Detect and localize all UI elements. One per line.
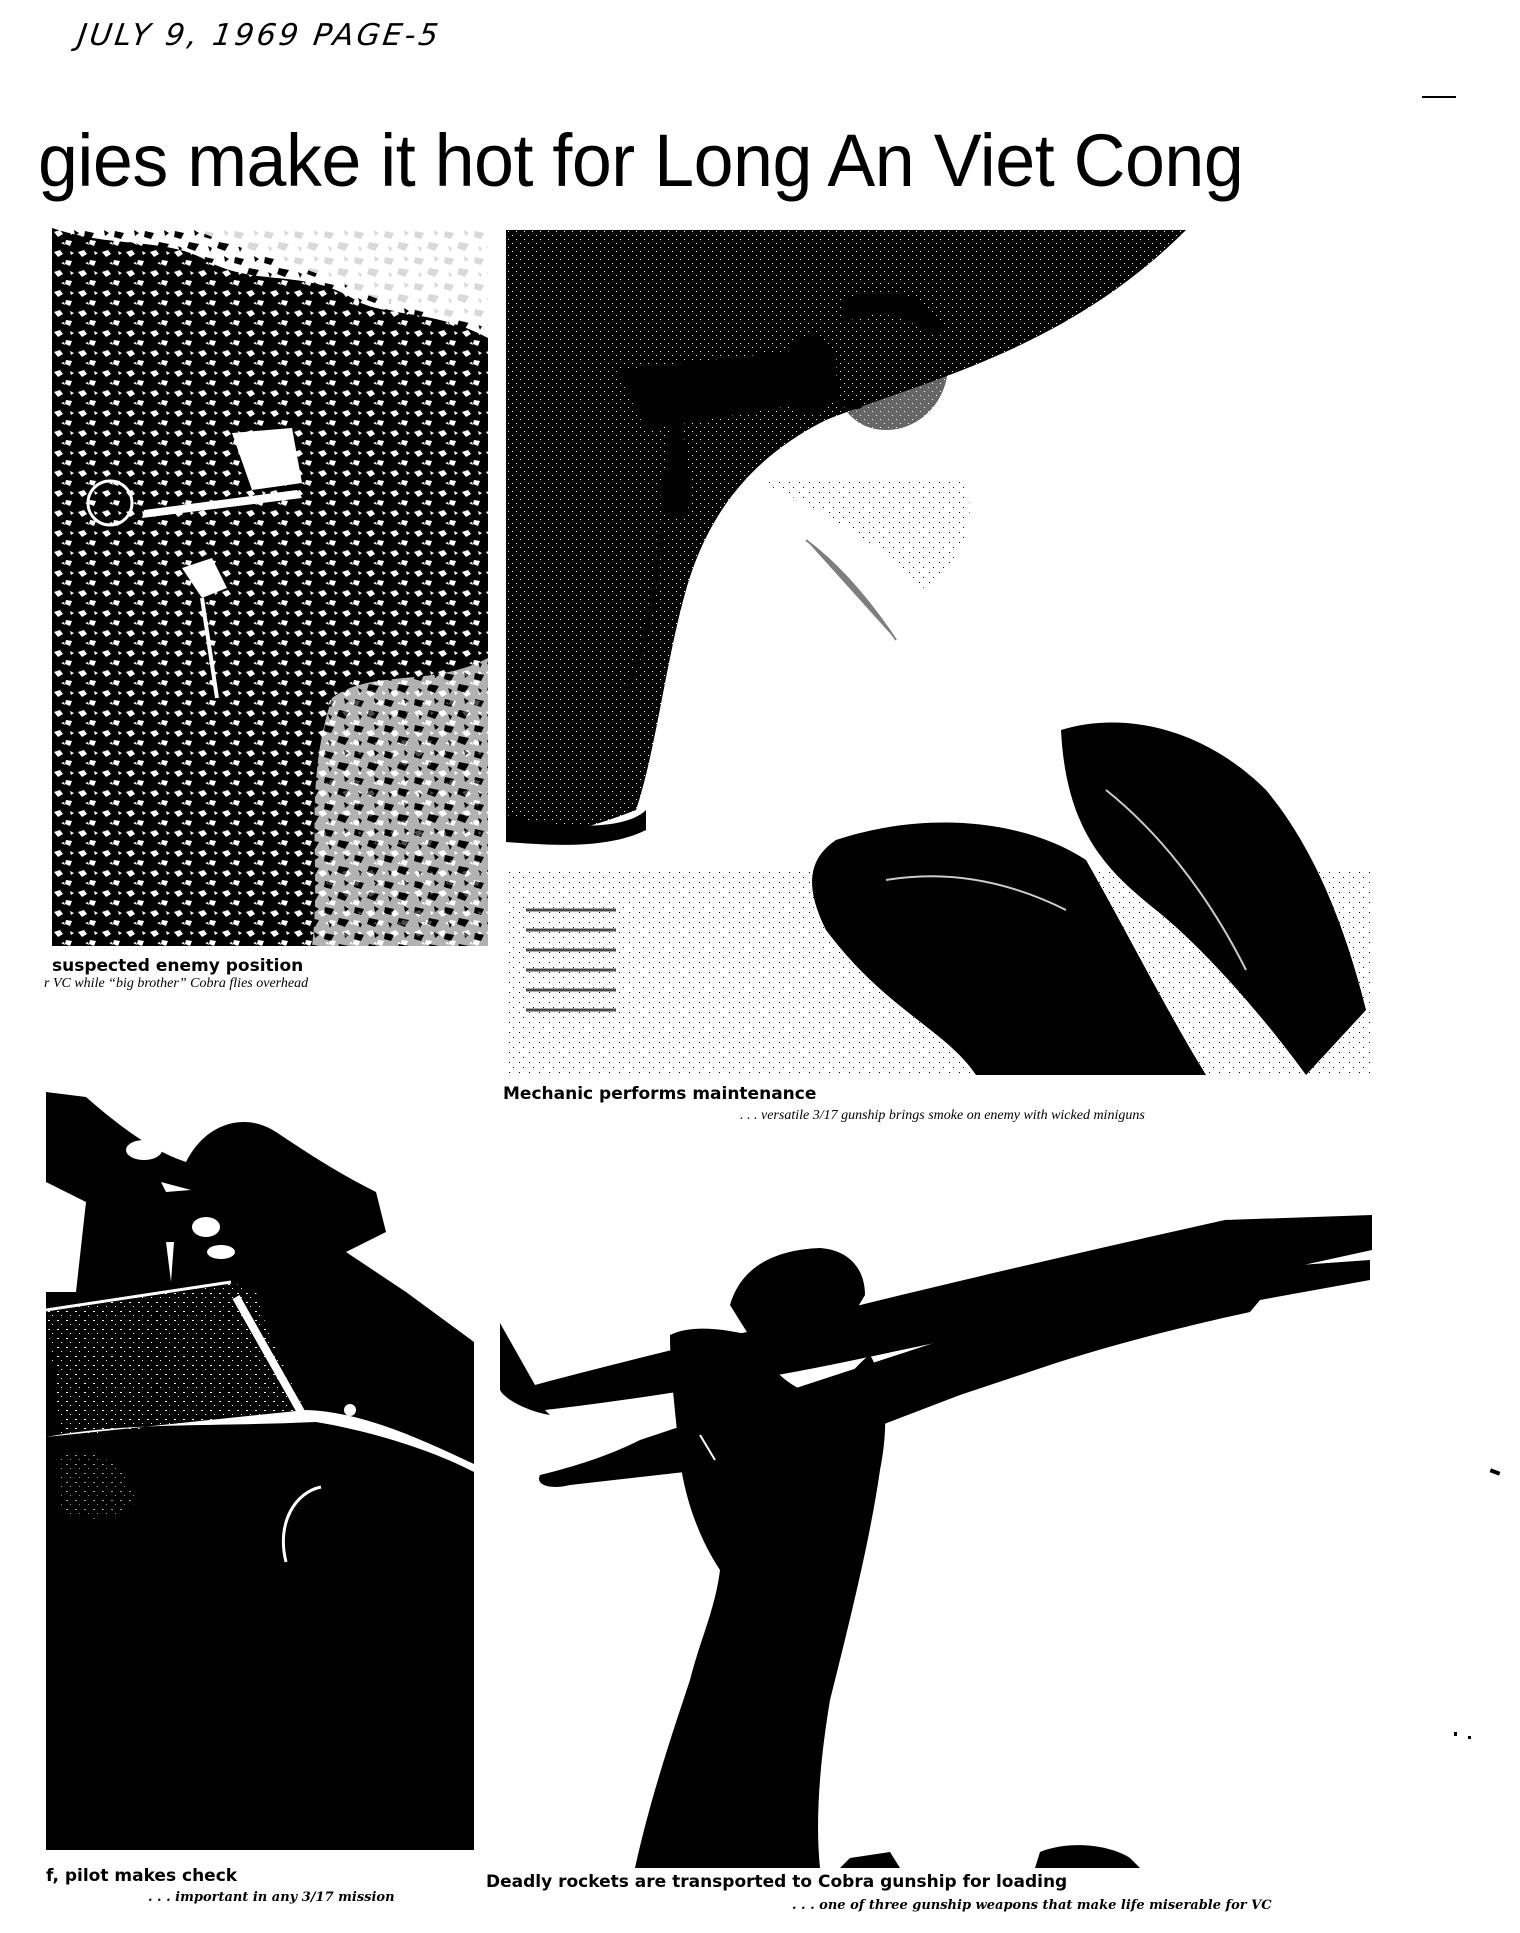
photo-pilot [46, 1092, 474, 1850]
caption-subtitle-mechanic: . . . versatile 3/17 gunship brings smok… [740, 1108, 1145, 1124]
scan-speck [1490, 1468, 1501, 1475]
caption-title-pilot: f, pilot makes check [46, 1866, 237, 1886]
caption-subtitle-rockets: . . . one of three gunship weapons that … [792, 1898, 1272, 1913]
caption-subtitle-pilot: . . . important in any 3/17 mission [148, 1890, 395, 1905]
handwritten-date-note: JULY 9, 1969 PAGE-5 [76, 18, 444, 53]
photo-mechanic [506, 230, 1372, 1075]
margin-rule [1422, 96, 1456, 98]
caption-title-jungle: suspected enemy position [52, 956, 303, 976]
scan-speck [1468, 1736, 1471, 1739]
scan-speck [1454, 1732, 1457, 1736]
caption-title-rockets: Deadly rockets are transported to Cobra … [486, 1872, 1067, 1892]
page-headline: gies make it hot for Long An Viet Cong [38, 118, 1243, 203]
caption-title-mechanic: Mechanic performs maintenance [503, 1084, 816, 1104]
caption-subtitle-jungle: r VC while “big brother” Cobra flies ove… [44, 976, 308, 992]
photo-jungle [52, 228, 488, 946]
photo-rockets [490, 1140, 1372, 1868]
